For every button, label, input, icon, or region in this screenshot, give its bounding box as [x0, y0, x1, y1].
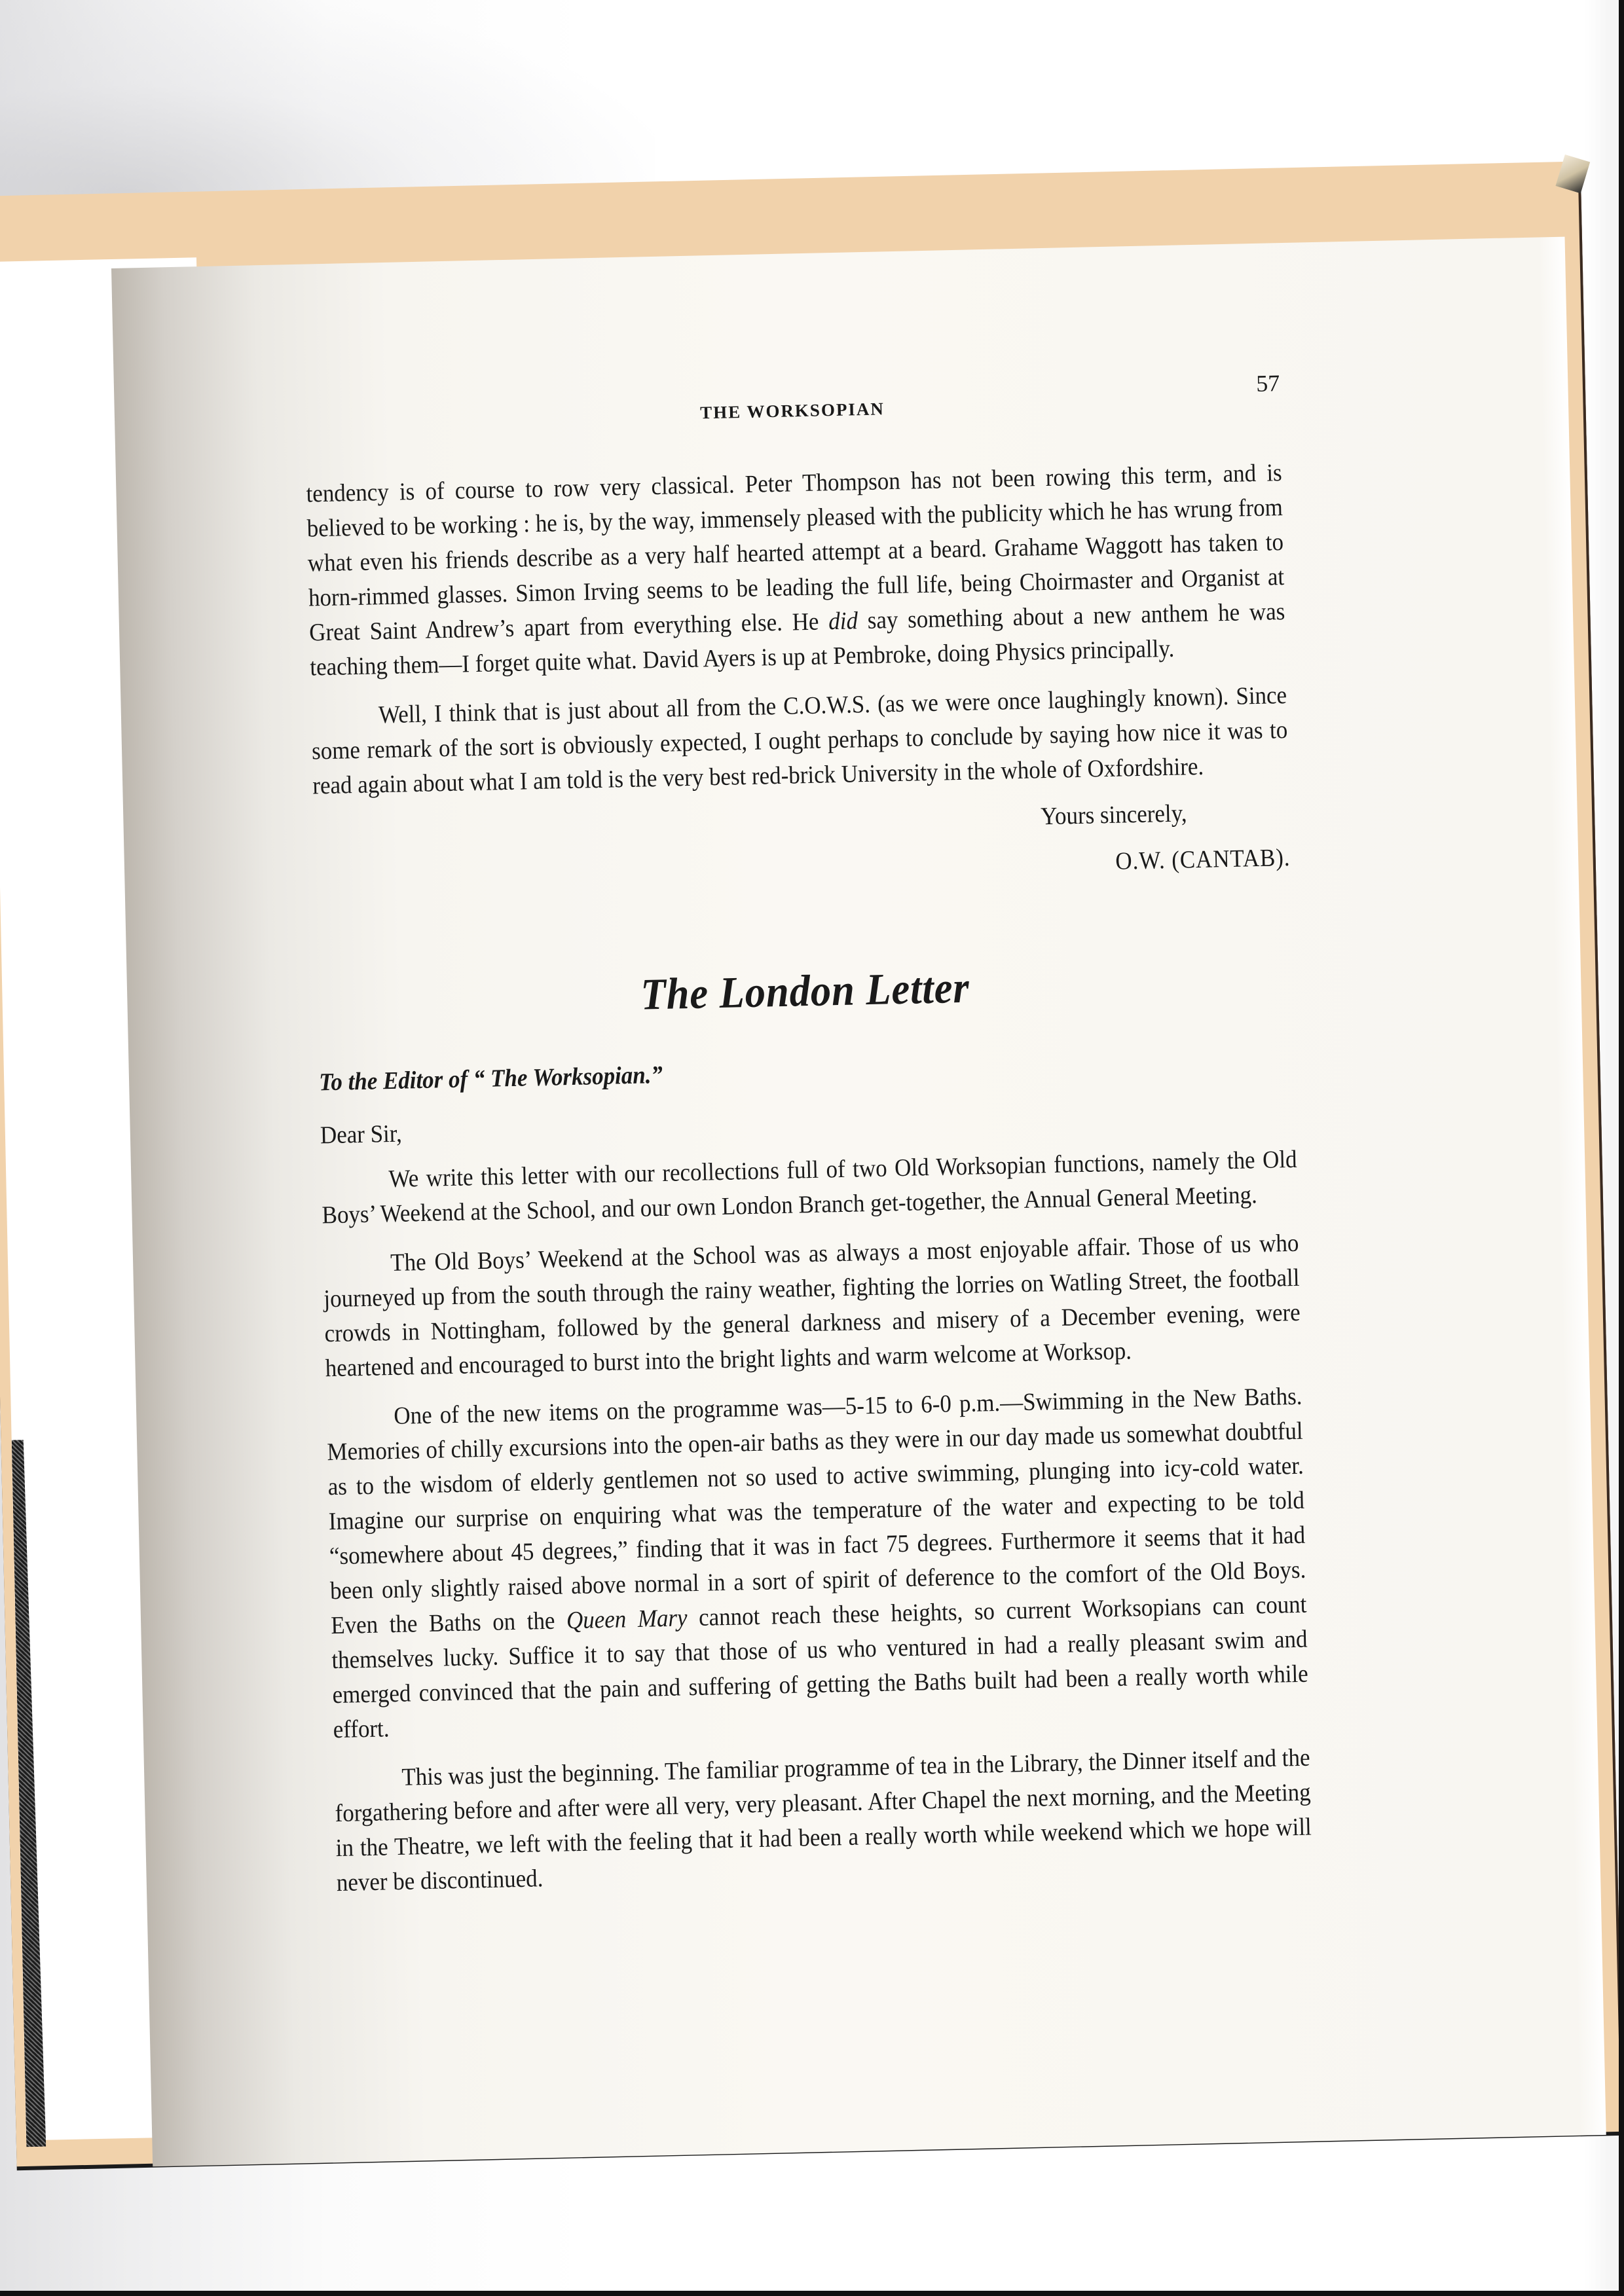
- previous-letter-paragraph-2: Well, I think that is just about all fro…: [310, 678, 1289, 803]
- london-letter-paragraph-3: One of the new items on the programme wa…: [326, 1379, 1310, 1747]
- salutation: Dear Sir,: [320, 1097, 1296, 1154]
- london-letter-paragraph-2: The Old Boys’ Weekend at the School was …: [323, 1226, 1302, 1386]
- book-page: THE WORKSOPIAN 57 tendency is of course …: [111, 237, 1606, 2167]
- london-letter-paragraph-1: We write this letter with our recollecti…: [321, 1142, 1298, 1233]
- letter-closing: Yours sincerely,: [313, 794, 1289, 850]
- previous-letter-paragraph-1: tendency is of course to row very classi…: [306, 456, 1286, 685]
- scanner-edge-bottom: [0, 2291, 1624, 2296]
- article-title: The London Letter: [317, 954, 1294, 1027]
- page-content: THE WORKSOPIAN 57 tendency is of course …: [304, 390, 1280, 412]
- emphasis-ship-name: Queen Mary: [566, 1604, 688, 1634]
- london-letter-paragraph-4: This was just the beginning. The familia…: [334, 1741, 1313, 1901]
- letter-signature: O.W. (CANTAB).: [314, 841, 1291, 897]
- text-block: tendency is of course to row very classi…: [306, 456, 1313, 1915]
- addressee-line: To the Editor of “ The Worksopian.”: [319, 1044, 1295, 1101]
- scanner-edge-right: [1619, 0, 1624, 2296]
- running-head: THE WORKSOPIAN: [304, 390, 1280, 431]
- emphasis: did: [828, 607, 858, 635]
- page-number: 57: [1256, 369, 1280, 397]
